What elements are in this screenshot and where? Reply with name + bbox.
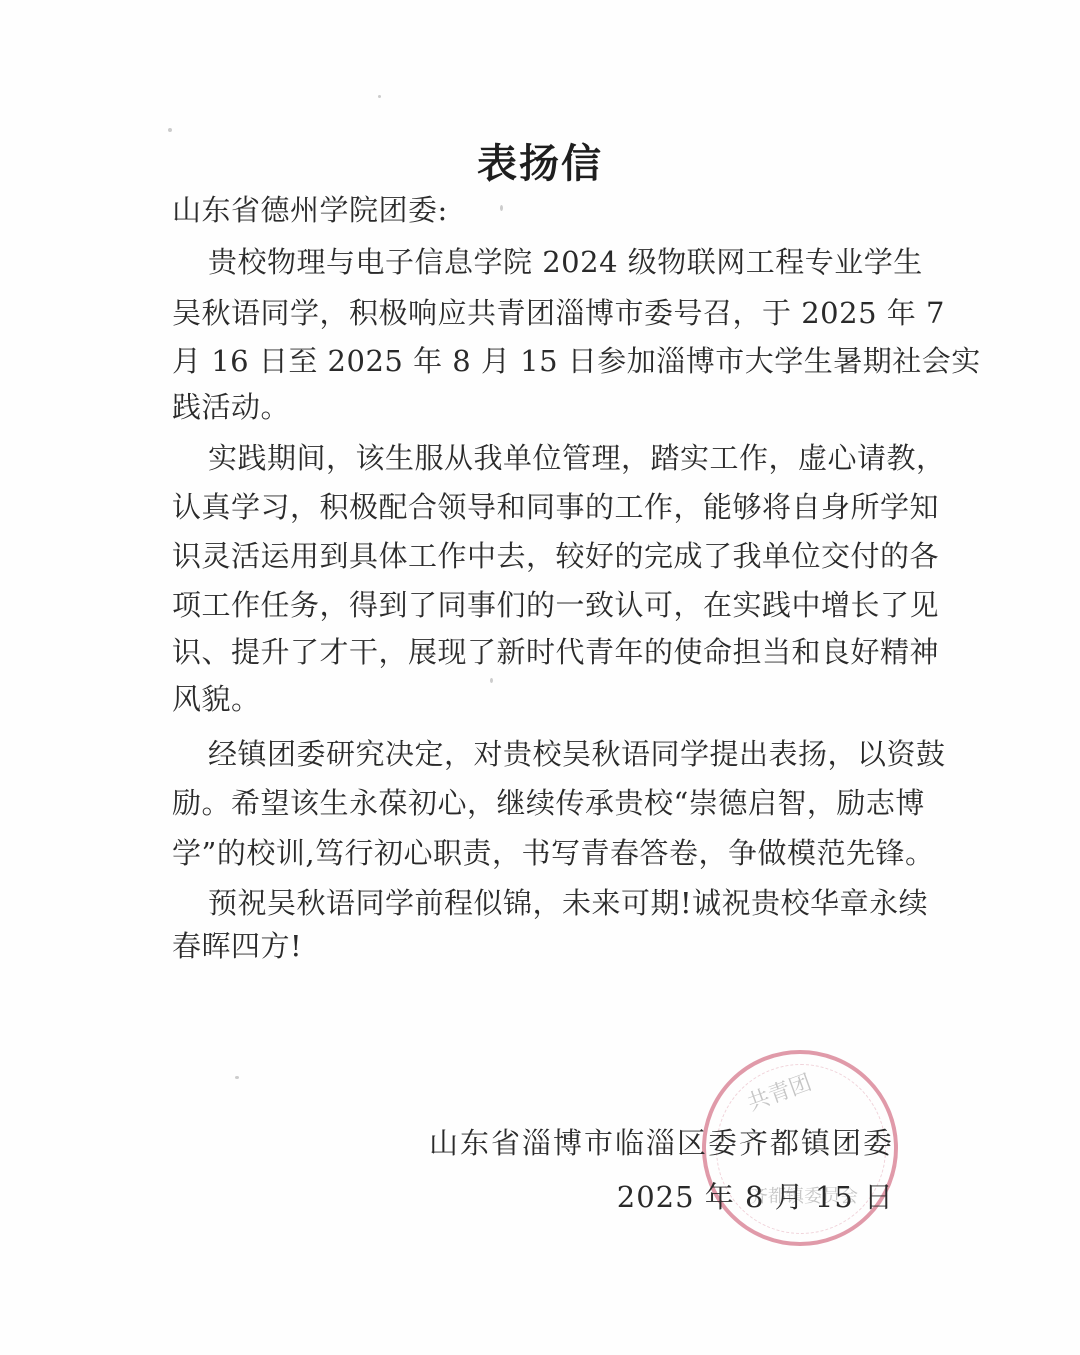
scanned-letter-page: 表扬信 山东省德州学院团委: 贵校物理与电子信息学院 2024 级物联网工程专业… <box>0 0 1080 1355</box>
scan-speck <box>490 678 493 683</box>
body-line: 春晖四方! <box>172 928 302 964</box>
salutation: 山东省德州学院团委: <box>172 192 448 228</box>
letter-title: 表扬信 <box>0 132 1080 189</box>
body-line: 识、提升了才干，展现了新时代青年的使命担当和良好精神 <box>172 634 907 670</box>
scan-speck <box>378 95 381 98</box>
body-line: 经镇团委研究决定，对贵校吴秋语同学提出表扬，以资鼓 <box>208 736 907 772</box>
signing-organization: 山东省淄博市临淄区委齐都镇团委 <box>429 1125 894 1161</box>
body-line: 实践期间，该生服从我单位管理，踏实工作，虚心请教， <box>208 440 907 476</box>
body-line: 励。希望该生永葆初心，继续传承贵校“崇德启智，励志博 <box>172 785 907 821</box>
body-line: 项工作任务，得到了同事们的一致认可，在实践中增长了见 <box>172 587 907 623</box>
body-line: 预祝吴秋语同学前程似锦，未来可期!诚祝贵校华章永续 <box>208 885 907 921</box>
body-line: 吴秋语同学，积极响应共青团淄博市委号召，于 2025 年 7 <box>172 295 907 331</box>
signing-date: 2025 年 8 月 15 日 <box>617 1179 894 1215</box>
body-line: 识灵活运用到具体工作中去，较好的完成了我单位交付的各 <box>172 538 907 574</box>
scan-speck <box>500 205 503 211</box>
body-line: 贵校物理与电子信息学院 2024 级物联网工程专业学生 <box>208 244 907 280</box>
body-line: 学”的校训,笃行初心职责，书写青春答卷，争做模范先锋。 <box>172 835 907 871</box>
scan-speck <box>235 1076 239 1079</box>
body-line: 风貌。 <box>172 681 261 717</box>
body-line: 践活动。 <box>172 389 290 425</box>
body-line: 认真学习，积极配合领导和同事的工作，能够将自身所学知 <box>172 489 907 525</box>
body-line: 月 16 日至 2025 年 8 月 15 日参加淄博市大学生暑期社会实 <box>172 343 907 379</box>
